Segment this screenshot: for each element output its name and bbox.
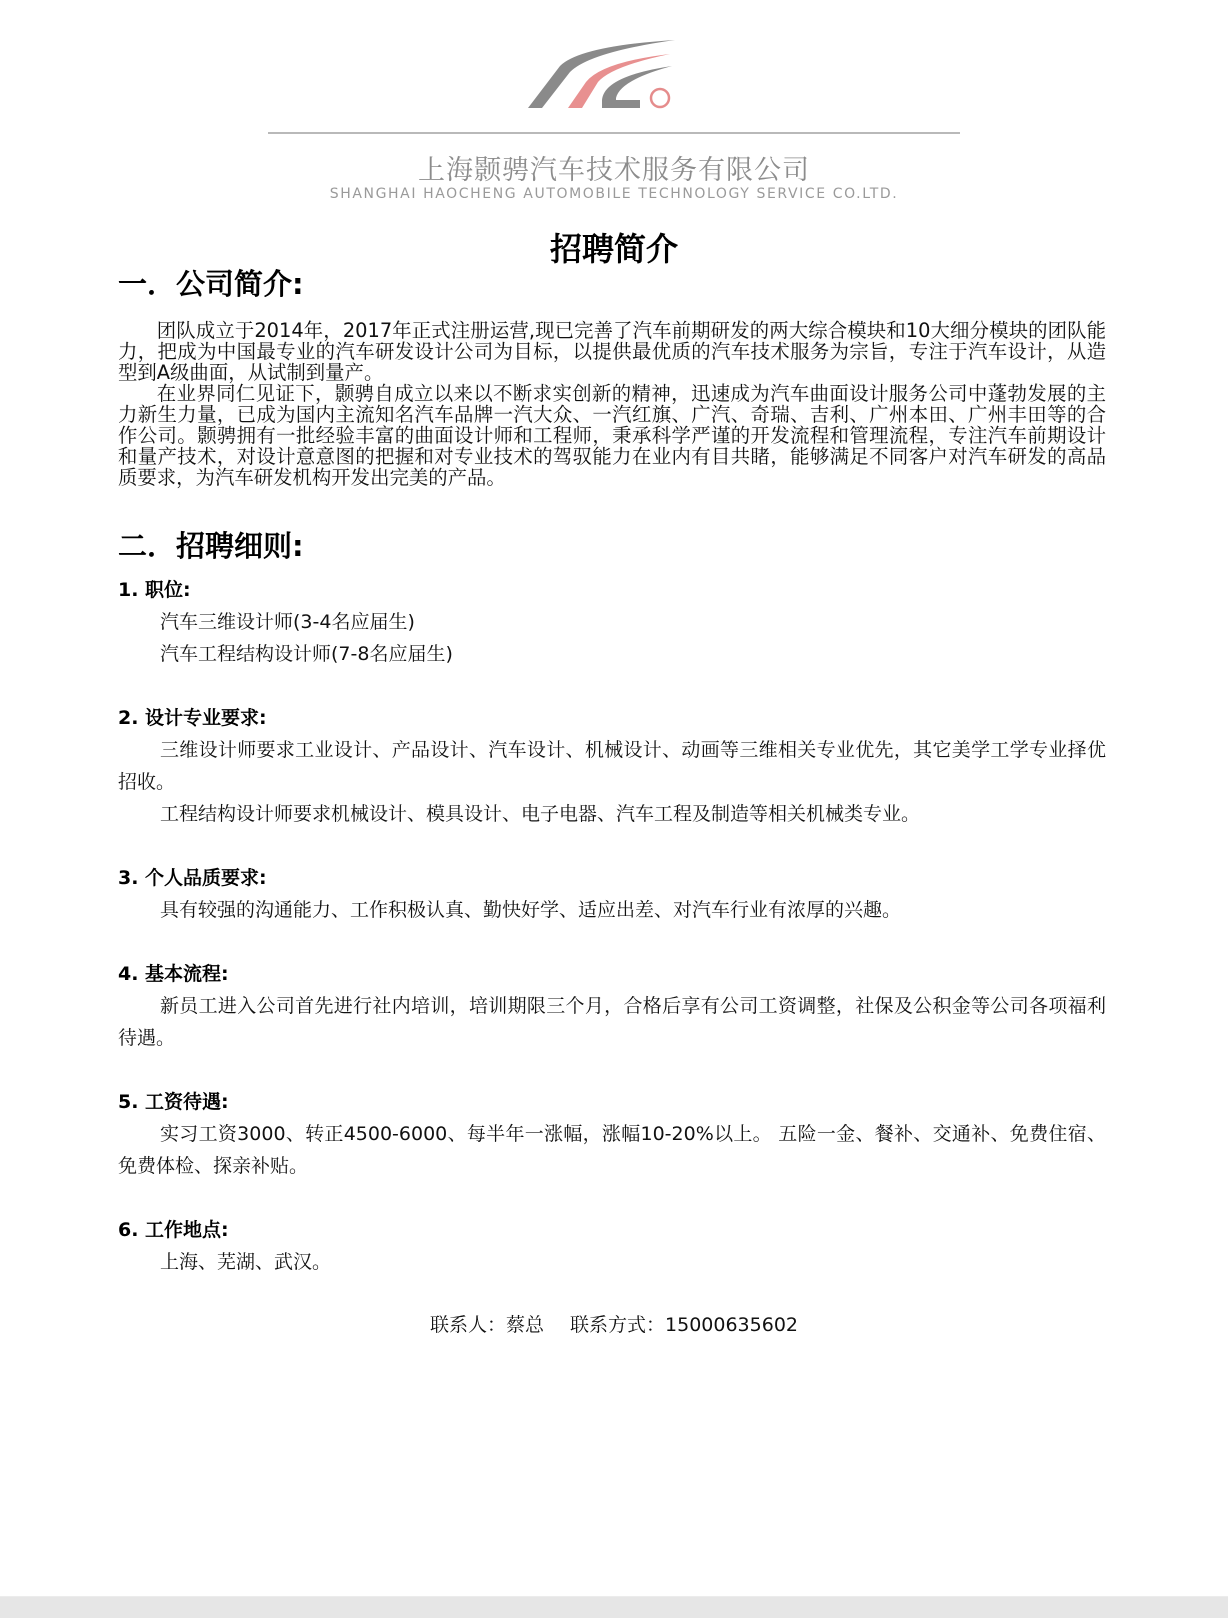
rule-title: 1. 职位: bbox=[118, 574, 1106, 606]
rule-item-position: 1. 职位: 汽车三维设计师(3-4名应届生) 汽车工程结构设计师(7-8名应届… bbox=[118, 574, 1106, 670]
company-name-en: SHANGHAI HAOCHENG AUTOMOBILE TECHNOLOGY … bbox=[0, 186, 1228, 202]
contact-info: 联系人：蔡总 联系方式：15000635602 bbox=[0, 1310, 1228, 1337]
contact-person: 联系人：蔡总 bbox=[430, 1314, 544, 1336]
rule-title: 2. 设计专业要求: bbox=[118, 702, 1106, 734]
section-heading-company-intro: 一．公司简介: bbox=[118, 262, 304, 303]
bottom-scroll-bar[interactable] bbox=[0, 1596, 1228, 1618]
rule-paragraph: 具有较强的沟通能力、工作积极认真、勤快好学、适应出差、对汽车行业有浓厚的兴趣。 bbox=[118, 894, 1106, 926]
location-line: 上海、芜湖、武汉。 bbox=[118, 1246, 1106, 1278]
rule-title: 4. 基本流程: bbox=[118, 958, 1106, 990]
company-logo-icon bbox=[520, 36, 680, 116]
rule-item-salary-benefits: 5. 工资待遇: 实习工资3000、转正4500-6000、每半年一涨幅，涨幅1… bbox=[118, 1086, 1106, 1182]
company-intro-body: 团队成立于2014年，2017年正式注册运营,现已完善了汽车前期研发的两大综合模… bbox=[118, 320, 1106, 488]
rule-title: 5. 工资待遇: bbox=[118, 1086, 1106, 1118]
rule-item-work-location: 6. 工作地点: 上海、芜湖、武汉。 bbox=[118, 1214, 1106, 1278]
rule-paragraph: 新员工进入公司首先进行社内培训，培训期限三个月，合格后享有公司工资调整，社保及公… bbox=[118, 990, 1106, 1054]
position-line: 汽车三维设计师(3-4名应届生) bbox=[118, 606, 1106, 638]
rule-title: 6. 工作地点: bbox=[118, 1214, 1106, 1246]
rule-item-personal-qualities: 3. 个人品质要求: 具有较强的沟通能力、工作积极认真、勤快好学、适应出差、对汽… bbox=[118, 862, 1106, 926]
intro-paragraph: 在业界同仁见证下，颢骋自成立以来以不断求实创新的精神，迅速成为汽车曲面设计服务公… bbox=[118, 383, 1106, 488]
rule-item-major-requirements: 2. 设计专业要求: 三维设计师要求工业设计、产品设计、汽车设计、机械设计、动画… bbox=[118, 702, 1106, 830]
contact-phone[interactable]: 联系方式：15000635602 bbox=[570, 1314, 798, 1336]
header-divider bbox=[268, 132, 960, 134]
intro-paragraph: 团队成立于2014年，2017年正式注册运营,现已完善了汽车前期研发的两大综合模… bbox=[118, 320, 1106, 383]
rule-paragraph: 工程结构设计师要求机械设计、模具设计、电子电器、汽车工程及制造等相关机械类专业。 bbox=[118, 798, 1106, 830]
position-line: 汽车工程结构设计师(7-8名应届生) bbox=[118, 638, 1106, 670]
rule-title: 3. 个人品质要求: bbox=[118, 862, 1106, 894]
rule-paragraph: 三维设计师要求工业设计、产品设计、汽车设计、机械设计、动画等三维相关专业优先，其… bbox=[118, 734, 1106, 798]
section-heading-recruitment-rules: 二．招聘细则: bbox=[118, 524, 304, 565]
rule-item-basic-process: 4. 基本流程: 新员工进入公司首先进行社内培训，培训期限三个月，合格后享有公司… bbox=[118, 958, 1106, 1054]
rule-paragraph: 实习工资3000、转正4500-6000、每半年一涨幅，涨幅10-20%以上。 … bbox=[118, 1118, 1106, 1182]
company-name-cn: 上海颢骋汽车技术服务有限公司 bbox=[0, 148, 1228, 187]
